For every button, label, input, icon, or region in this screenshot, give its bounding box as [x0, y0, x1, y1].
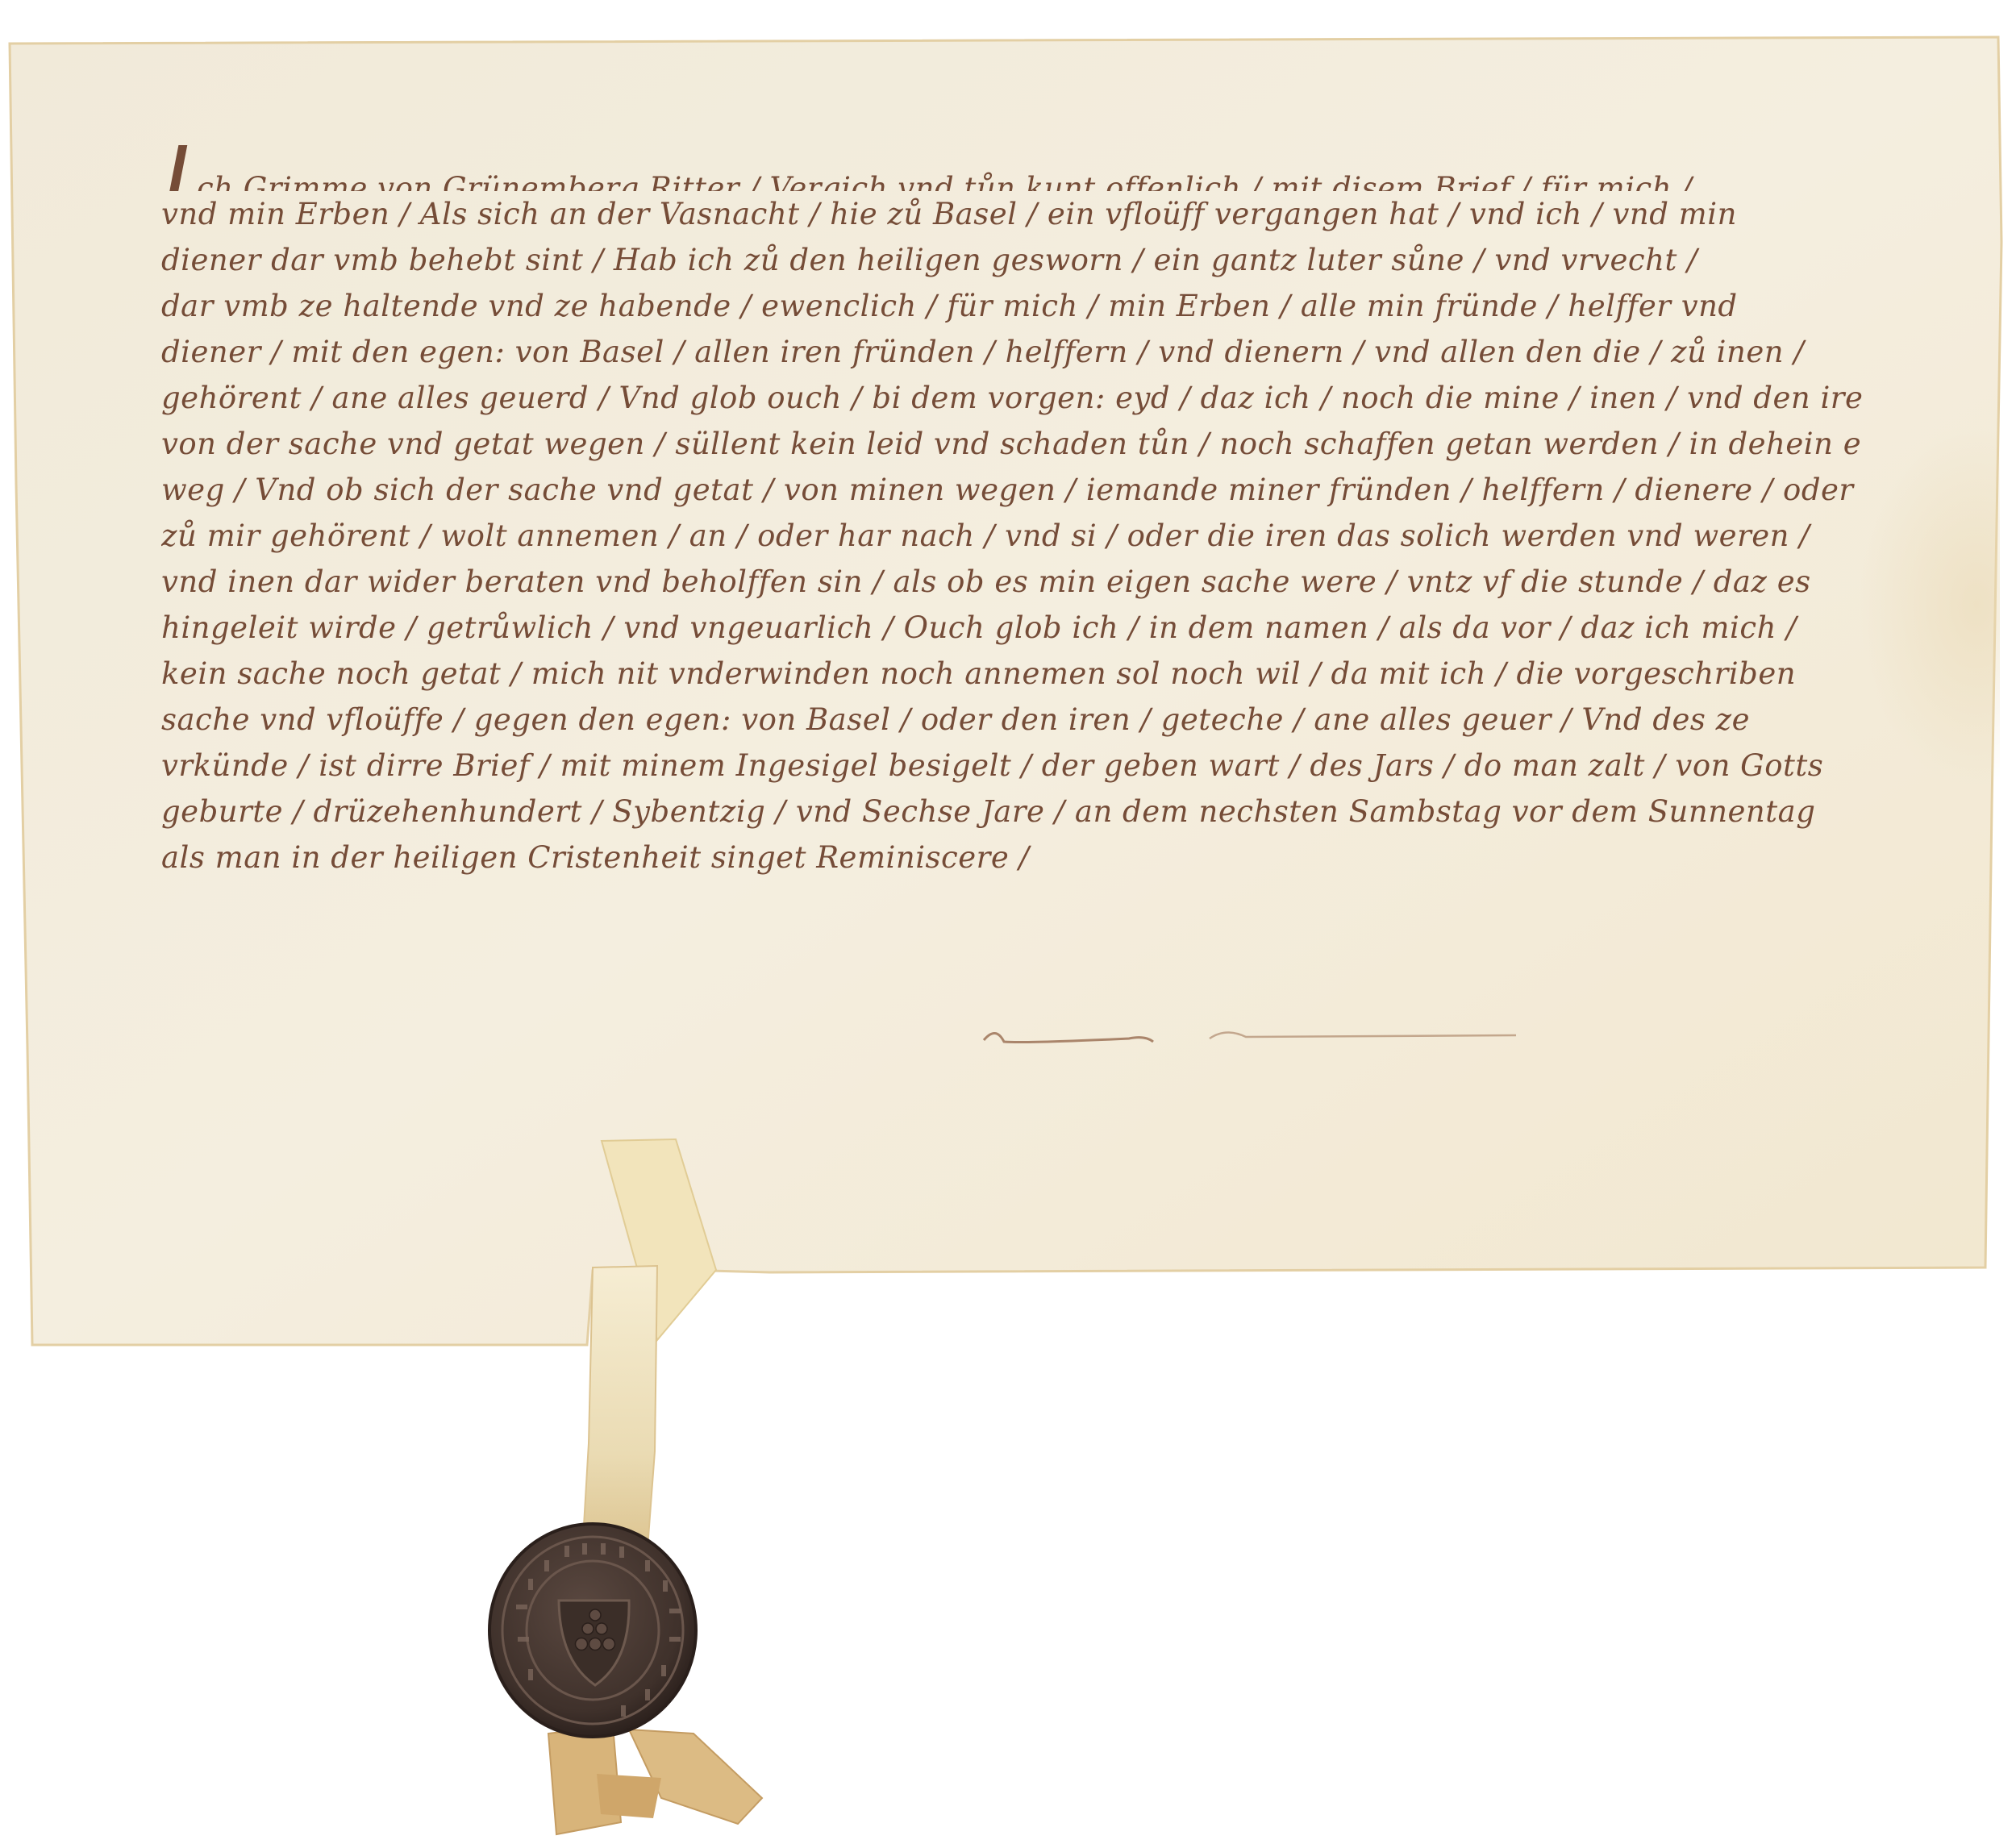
text-line: hingeleit wirde / getrůwlich / vnd vngeu…: [161, 605, 1863, 651]
seal-and-tag: [0, 1113, 887, 1844]
seal-assembly: [0, 1113, 887, 1844]
text-line: gehörent / ane alles geuerd / Vnd glob o…: [161, 375, 1863, 421]
wax-seal: [489, 1524, 696, 1737]
text-line: vnd min Erben / Als sich an der Vasnacht…: [161, 191, 1863, 237]
text-line: kein sache noch getat / mich nit vnderwi…: [161, 651, 1863, 697]
text-line: als man in der heiligen Cristenheit sing…: [161, 835, 1863, 880]
text-line: geburte / drüzehenhundert / Sybentzig / …: [161, 789, 1863, 835]
text-line: zů mir gehörent / wolt annemen / an / od…: [161, 513, 1863, 559]
text-line: vnd inen dar wider beraten vnd beholffen…: [161, 559, 1863, 605]
text-line: Ich Grimme von Grünemberg Ritter / Vergi…: [161, 145, 1863, 191]
text-line: diener / mit den egen: von Basel / allen…: [161, 329, 1863, 375]
text-line: sache vnd vfloüffe / gegen den egen: von…: [161, 697, 1863, 743]
text-line: dar vmb ze haltende vnd ze habende / ewe…: [161, 283, 1863, 329]
closing-flourish-line: [968, 1018, 1516, 1050]
text-line: diener dar vmb behebt sint / Hab ich zů …: [161, 237, 1863, 283]
text-line: vrkünde / ist dirre Brief / mit minem In…: [161, 743, 1863, 789]
text-line: von der sache vnd getat wegen / süllent …: [161, 421, 1863, 467]
charter-text: Ich Grimme von Grünemberg Ritter / Vergi…: [161, 145, 1863, 880]
text-line: weg / Vnd ob sich der sache vnd getat / …: [161, 467, 1863, 513]
